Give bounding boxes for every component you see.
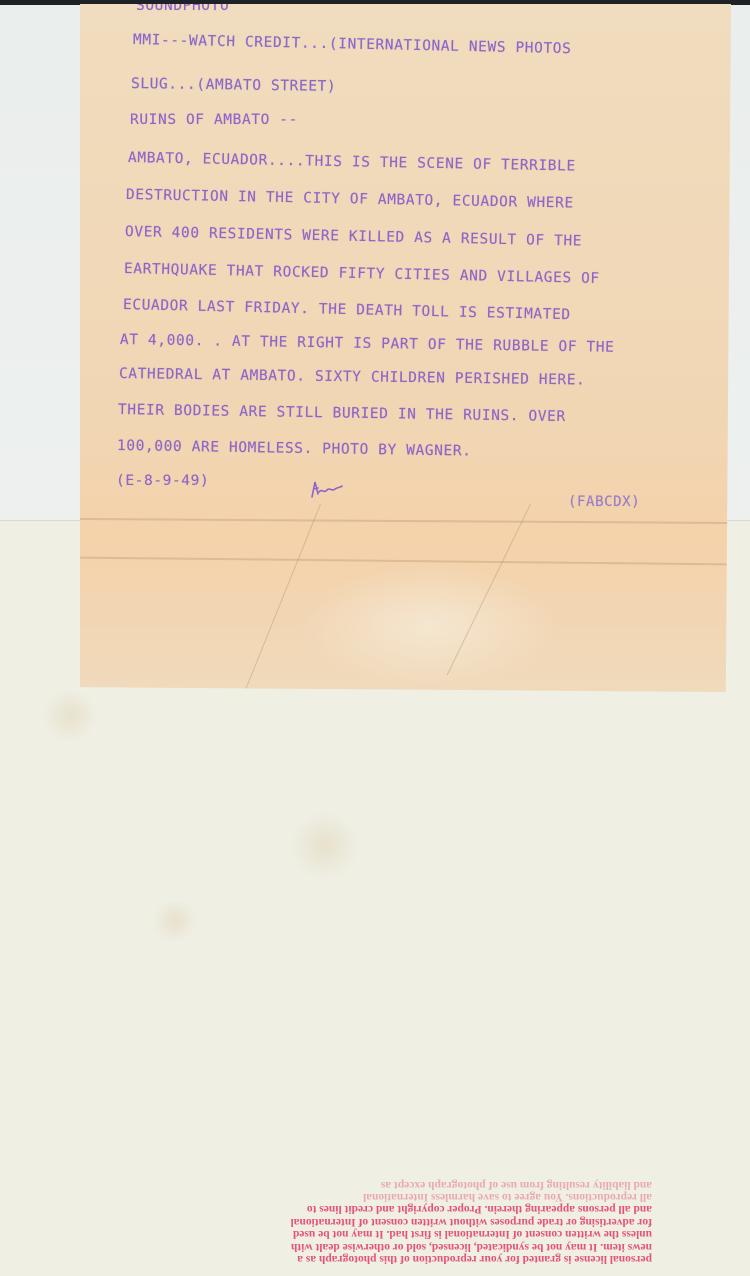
stamp-line: personal license is granted for your rep… — [52, 1252, 652, 1264]
faded-patch — [300, 564, 560, 689]
paper-fold — [80, 518, 731, 524]
age-stain — [150, 901, 200, 941]
initials-signature-icon — [308, 478, 344, 500]
license-stamp: personal license is granted for your rep… — [52, 1178, 652, 1265]
body-line: 100,000 ARE HOMELESS. PHOTO BY WAGNER. — [117, 438, 472, 460]
credit-line: MMI---WATCH CREDIT...(INTERNATIONAL NEWS… — [133, 32, 572, 57]
body-line: CATHEDRAL AT AMBATO. SIXTY CHILDREN PERI… — [119, 366, 586, 389]
body-line: ECUADOR LAST FRIDAY. THE DEATH TOLL IS E… — [123, 297, 571, 323]
body-line: THEIR BODIES ARE STILL BURIED IN THE RUI… — [118, 402, 566, 425]
stamp-line: news item. It may not be syndicated, lic… — [52, 1240, 652, 1252]
body-line: EARTHQUAKE THAT ROCKED FIFTY CITIES AND … — [124, 261, 600, 287]
body-line: OVER 400 RESIDENTS WERE KILLED AS A RESU… — [125, 224, 582, 250]
headline: RUINS OF AMBATO -- — [130, 112, 298, 128]
stamp-line: and liability resulting from use of phot… — [52, 1178, 652, 1190]
stamp-line: all reproductions. You agree to save har… — [52, 1190, 652, 1202]
age-stain — [290, 811, 360, 881]
body-line: AT 4,000. . AT THE RIGHT IS PART OF THE … — [120, 332, 615, 356]
stamp-line: unless the written consent of Internatio… — [52, 1228, 652, 1240]
caption-sheet: SOUNDPHOTO MMI---WATCH CREDIT...(INTERNA… — [80, 4, 731, 692]
age-stain — [40, 691, 100, 741]
stamp-line: and all persons appearing therein. Prope… — [52, 1203, 652, 1215]
transmission-code: (FABCDX) — [568, 494, 640, 510]
date-code: (E-8-9-49) — [116, 473, 209, 489]
slug-line: SLUG...(AMBATO STREET) — [131, 76, 336, 95]
body-line: DESTRUCTION IN THE CITY OF AMBATO, ECUAD… — [126, 187, 574, 212]
body-line: AMBATO, ECUADOR....THIS IS THE SCENE OF … — [128, 150, 576, 175]
stamp-line: for advertising or trade purposes withou… — [52, 1215, 652, 1227]
